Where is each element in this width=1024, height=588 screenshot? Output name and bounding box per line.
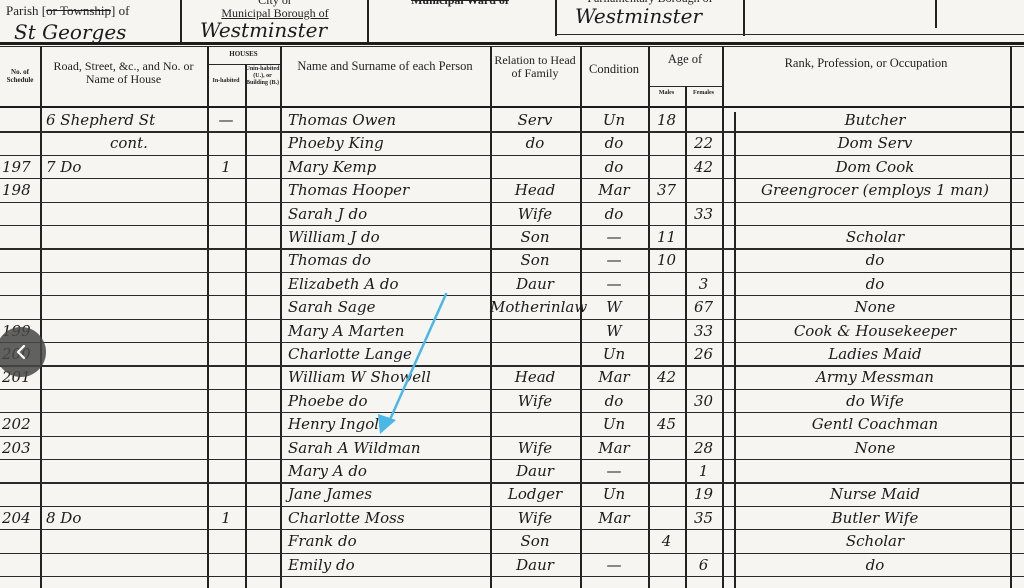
cell-female: 33 (685, 204, 722, 224)
col-road: Road, Street, &c., and No. or Name of Ho… (42, 60, 205, 86)
cell-occupation: Butcher (745, 110, 1005, 130)
col-relation: Relation to Head of Family (490, 54, 580, 80)
cell-occupation: Butler Wife (745, 508, 1005, 528)
chevron-left-icon (12, 343, 30, 361)
cell-condition: — (580, 555, 648, 575)
cell-occupation: Nurse Maid (745, 484, 1005, 504)
cell-occupation: do Wife (745, 391, 1005, 411)
cell-male: 11 (648, 227, 685, 247)
cell-female: 1 (685, 461, 722, 481)
cell-occupation: Cook & Housekeeper (745, 321, 1005, 341)
cell-relation: Serv (490, 110, 580, 130)
cell-road: cont. (110, 133, 270, 153)
cell-schedule: 197 (2, 157, 40, 177)
divider (207, 64, 280, 65)
cell-male: 18 (648, 110, 685, 130)
divider (555, 0, 557, 36)
cell-female: 3 (685, 274, 722, 294)
cell-inhabited: — (207, 110, 245, 130)
cell-name: Sarah Sage (288, 297, 488, 317)
header-rule (0, 42, 1024, 45)
cell-name: Mary A Marten (288, 321, 488, 341)
cell-condition: W (580, 321, 648, 341)
cell-condition: do (580, 391, 648, 411)
cell-name: Sarah A Wildman (288, 438, 488, 458)
divider (180, 0, 182, 42)
col-occupation: Rank, Profession, or Occupation (722, 57, 1010, 70)
borough-value: Westminster (200, 20, 327, 40)
cell-occupation: Dom Serv (745, 133, 1005, 153)
col-schedule: No. of Schedule (0, 68, 40, 84)
cell-female: 26 (685, 344, 722, 364)
cell-relation: Wife (490, 438, 580, 458)
cell-condition: Un (580, 344, 648, 364)
cell-schedule: 203 (2, 438, 40, 458)
cell-male: 45 (648, 414, 685, 434)
cell-female: 6 (685, 555, 722, 575)
cell-name: Phoeby King (288, 133, 488, 153)
cell-name: Frank do (288, 531, 488, 551)
cell-name: William W Showell (288, 367, 488, 387)
bracket-mark (734, 370, 736, 588)
cell-name: Henry Ingold (288, 414, 488, 434)
cell-inhabited: 1 (207, 157, 245, 177)
cell-relation: do (490, 133, 580, 153)
cell-occupation: Scholar (745, 531, 1005, 551)
cell-occupation: Greengrocer (employs 1 man) (745, 180, 1005, 200)
cell-relation: Son (490, 227, 580, 247)
cell-male: 4 (648, 531, 685, 551)
cell-female: 22 (685, 133, 722, 153)
cell-occupation: None (745, 297, 1005, 317)
col-males: Males (648, 89, 685, 97)
cell-name: Sarah J do (288, 204, 488, 224)
cell-condition: Mar (580, 367, 648, 387)
parish-label: Parish [or Township] of (6, 4, 176, 17)
cell-relation: Wife (490, 204, 580, 224)
cell-condition: Un (580, 484, 648, 504)
cell-name: Mary A do (288, 461, 488, 481)
divider (743, 0, 745, 36)
cell-name: Thomas Hooper (288, 180, 488, 200)
parish-value: St Georges (14, 22, 126, 42)
cell-relation: Daur (490, 274, 580, 294)
col-name: Name and Surname of each Person (282, 60, 488, 73)
cell-relation: Motherinlaw (490, 297, 580, 317)
col-houses: HOUSES (207, 50, 280, 58)
cell-name: Thomas Owen (288, 110, 488, 130)
cell-female: 19 (685, 484, 722, 504)
cell-name: Charlotte Moss (288, 508, 488, 528)
cell-name: Elizabeth A do (288, 274, 488, 294)
cell-relation: Son (490, 250, 580, 270)
cell-condition: Un (580, 110, 648, 130)
cell-condition: — (580, 274, 648, 294)
cell-condition: do (580, 133, 648, 153)
cell-female: 67 (685, 297, 722, 317)
census-page: Parish [or Township] of St Georges City … (0, 0, 1024, 588)
cell-name: Phoebe do (288, 391, 488, 411)
cell-relation: Wife (490, 391, 580, 411)
header-rule (0, 106, 1024, 108)
cell-road: 6 Shepherd St (46, 110, 206, 130)
cell-occupation: Scholar (745, 227, 1005, 247)
cell-name: Charlotte Lange (288, 344, 488, 364)
cell-relation: Daur (490, 555, 580, 575)
cell-condition: — (580, 250, 648, 270)
cell-relation: Daur (490, 461, 580, 481)
cell-occupation: Gentl Coachman (745, 414, 1005, 434)
cell-relation: Son (490, 531, 580, 551)
cell-occupation: do (745, 555, 1005, 575)
cell-occupation: None (745, 438, 1005, 458)
cell-road: 8 Do (46, 508, 206, 528)
cell-relation: Head (490, 367, 580, 387)
cell-occupation: Army Messman (745, 367, 1005, 387)
cell-occupation: do (745, 274, 1005, 294)
cell-schedule: 198 (2, 180, 40, 200)
cell-schedule: 204 (2, 508, 40, 528)
cell-occupation: do (745, 250, 1005, 270)
ward-label: Municipal Ward of (380, 0, 540, 7)
divider (935, 0, 937, 28)
cell-name: Jane James (288, 484, 488, 504)
cell-female: 35 (685, 508, 722, 528)
cell-condition: do (580, 157, 648, 177)
cell-name: William J do (288, 227, 488, 247)
cell-female: 33 (685, 321, 722, 341)
cell-relation: Head (490, 180, 580, 200)
cell-female: 28 (685, 438, 722, 458)
cell-male: 37 (648, 180, 685, 200)
col-age: Age of (648, 53, 722, 66)
cell-occupation: Dom Cook (745, 157, 1005, 177)
cell-male: 10 (648, 250, 685, 270)
cell-male: 42 (648, 367, 685, 387)
cell-inhabited: 1 (207, 508, 245, 528)
cell-condition: — (580, 461, 648, 481)
cell-name: Mary Kemp (288, 157, 488, 177)
cell-condition: Mar (580, 438, 648, 458)
cell-female: 30 (685, 391, 722, 411)
row-rule (0, 576, 1024, 577)
cell-relation: Wife (490, 508, 580, 528)
cell-relation: Lodger (490, 484, 580, 504)
cell-name: Emily do (288, 555, 488, 575)
cell-name: Thomas do (288, 250, 488, 270)
bracket-mark (734, 112, 736, 370)
cell-condition: W (580, 297, 648, 317)
col-females: Females (685, 89, 722, 97)
cell-condition: — (580, 227, 648, 247)
col-condition: Condition (580, 63, 648, 76)
cell-condition: Mar (580, 508, 648, 528)
cell-condition: do (580, 204, 648, 224)
header-rule (0, 46, 1024, 47)
cell-occupation: Ladies Maid (745, 344, 1005, 364)
col-uninhabited: Unin-habited (U.), or Building (B.) (245, 66, 280, 87)
divider (367, 0, 369, 42)
col-inhabited: In-habited (207, 78, 245, 85)
cell-female: 42 (685, 157, 722, 177)
divider (555, 34, 1024, 35)
cell-condition: Mar (580, 180, 648, 200)
cell-road: 7 Do (46, 157, 206, 177)
parl-value: Westminster (575, 6, 702, 26)
cell-condition: Un (580, 414, 648, 434)
cell-schedule: 202 (2, 414, 40, 434)
